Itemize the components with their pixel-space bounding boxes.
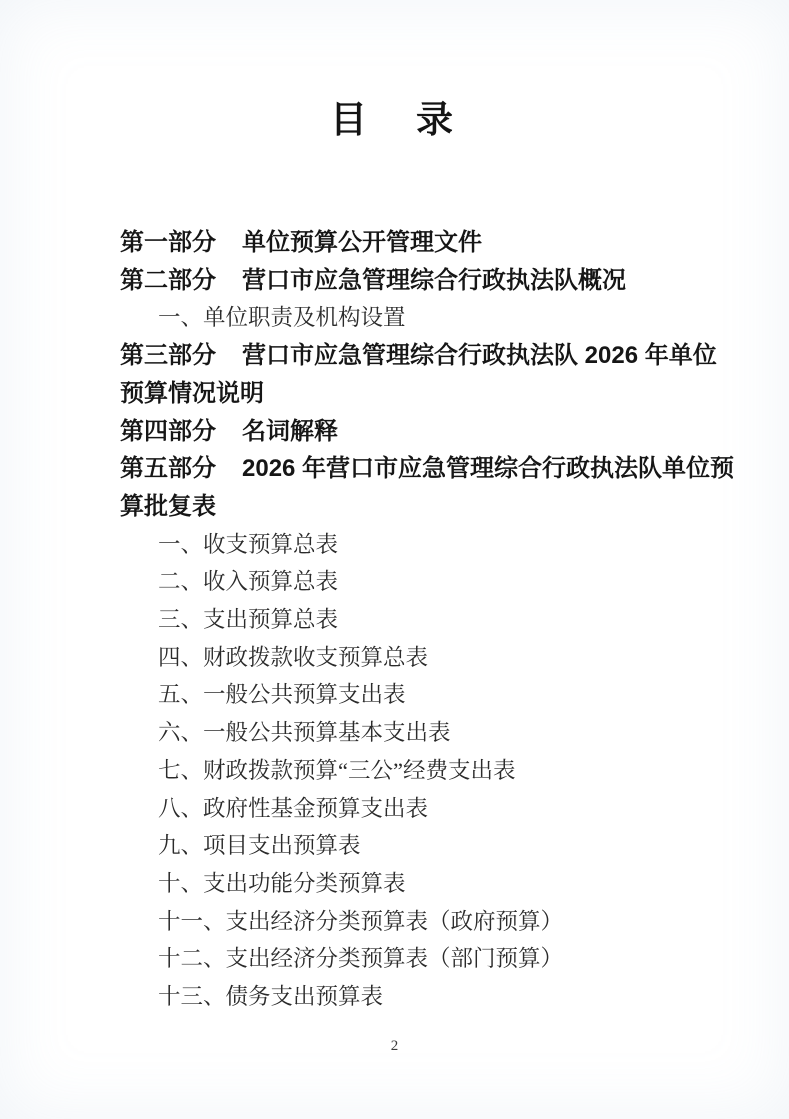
- toc-entry-text: 2026 年营口市应急管理综合行政执法队单位预: [242, 455, 734, 482]
- toc-entry-text: 十、支出功能分类预算表: [158, 871, 406, 896]
- toc-entry-text: 营口市应急管理综合行政执法队概况: [242, 267, 626, 294]
- document-page: 目 录 第一部分单位预算公开管理文件 第二部分营口市应急管理综合行政执法队概况 …: [0, 0, 789, 1016]
- toc-part-label: 第三部分: [120, 337, 242, 375]
- toc-entries: 第一部分单位预算公开管理文件 第二部分营口市应急管理综合行政执法队概况 一、单位…: [120, 224, 677, 1016]
- toc-entry-text: 八、政府性基金预算支出表: [158, 796, 428, 821]
- toc-entry: 三、支出预算总表: [120, 601, 677, 639]
- toc-entry: 六、一般公共预算基本支出表: [120, 714, 677, 752]
- toc-entry: 第二部分营口市应急管理综合行政执法队概况: [120, 262, 677, 300]
- toc-entry: 十二、支出经济分类预算表（部门预算）: [120, 940, 677, 978]
- toc-entry: 第四部分名词解释: [120, 413, 677, 451]
- toc-entry-text: 一、收支预算总表: [158, 532, 338, 557]
- toc-entry: 一、单位职责及机构设置: [120, 299, 677, 337]
- toc-entry-text: 六、一般公共预算基本支出表: [158, 720, 451, 745]
- toc-part-label: 第二部分: [120, 262, 242, 300]
- page-title: 目 录: [0, 0, 789, 144]
- toc-entry-continuation: 算批复表: [120, 488, 677, 526]
- toc-entry-text: 十三、债务支出预算表: [158, 984, 383, 1009]
- toc-entry-text: 五、一般公共预算支出表: [158, 682, 406, 707]
- toc-part-label: 第五部分: [120, 450, 242, 488]
- toc-entry: 第三部分营口市应急管理综合行政执法队 2026 年单位 预算情况说明: [120, 337, 677, 412]
- toc-entry: 九、项目支出预算表: [120, 827, 677, 865]
- toc-entry-text: 七、财政拨款预算“三公”经费支出表: [158, 758, 515, 783]
- toc-entry-text: 名词解释: [242, 418, 338, 445]
- toc-entry: 十三、债务支出预算表: [120, 978, 677, 1016]
- toc-entry-text: 营口市应急管理综合行政执法队 2026 年单位: [242, 342, 717, 369]
- toc-entry: 四、财政拨款收支预算总表: [120, 639, 677, 677]
- page-number: 2: [0, 1038, 789, 1055]
- toc-entry-text: 二、收入预算总表: [158, 569, 338, 594]
- toc-entry-text: 九、项目支出预算表: [158, 833, 361, 858]
- toc-part-label: 第一部分: [120, 224, 242, 262]
- toc-entry-text: 单位预算公开管理文件: [242, 229, 482, 256]
- toc-entry: 第一部分单位预算公开管理文件: [120, 224, 677, 262]
- toc-entry-text: 三、支出预算总表: [158, 607, 338, 632]
- toc-entry: 一、收支预算总表: [120, 526, 677, 564]
- toc-entry: 八、政府性基金预算支出表: [120, 790, 677, 828]
- toc-entry: 七、财政拨款预算“三公”经费支出表: [120, 752, 677, 790]
- toc-entry-continuation: 预算情况说明: [120, 375, 677, 413]
- toc-entry-text: 十二、支出经济分类预算表（部门预算）: [158, 946, 563, 971]
- toc-entry-text: 四、财政拨款收支预算总表: [158, 645, 428, 670]
- toc-entry: 十、支出功能分类预算表: [120, 865, 677, 903]
- toc-entry: 二、收入预算总表: [120, 563, 677, 601]
- toc-entry: 第五部分2026 年营口市应急管理综合行政执法队单位预 算批复表: [120, 450, 677, 525]
- toc-entry: 五、一般公共预算支出表: [120, 676, 677, 714]
- toc-entry: 十一、支出经济分类预算表（政府预算）: [120, 903, 677, 941]
- table-of-contents: 第一部分单位预算公开管理文件 第二部分营口市应急管理综合行政执法队概况 一、单位…: [0, 224, 789, 1016]
- toc-part-label: 第四部分: [120, 413, 242, 451]
- toc-entry-text: 十一、支出经济分类预算表（政府预算）: [158, 909, 563, 934]
- toc-entry-text: 一、单位职责及机构设置: [158, 305, 406, 330]
